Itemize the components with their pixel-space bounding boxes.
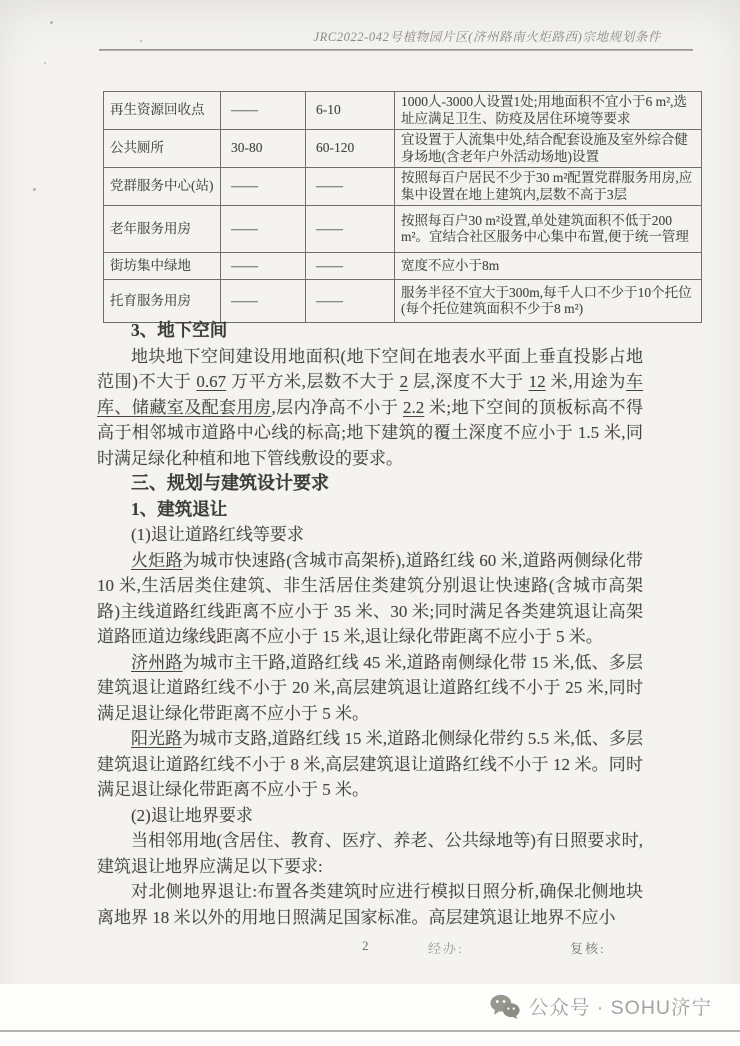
facility-requirements-table: 再生资源回收点——6-101000人-3000人设置1处;用地面积不宜小于6 m… (103, 91, 702, 323)
text-segment: 层,深度不大于 (408, 372, 529, 391)
table-row: 再生资源回收点——6-101000人-3000人设置1处;用地面积不宜小于6 m… (104, 92, 702, 130)
paragraph-adjacent-land: 当相邻用地(含居住、教育、医疗、养老、公共绿地等)有日照要求时,建筑退让地界应满… (97, 828, 643, 879)
table-cell: 60-120 (306, 130, 395, 168)
table-cell: 服务半径不宜大于300m,每千人口不少于10个托位(每个托位建筑面积不少于8 m… (395, 280, 702, 323)
subsection-heading-boundary-setback: (2)退让地界要求 (97, 803, 643, 829)
table-cell: —— (221, 168, 306, 206)
reviewer-label: 复核: (570, 938, 606, 957)
underlined-text: 火炬路 (131, 551, 183, 570)
section-heading-planning-design: 三、规划与建筑设计要求 (97, 471, 643, 497)
handler-label: 经办: (428, 938, 464, 957)
scanned-document-page: JRC2022-042号植物园片区(济州路南火炬路西)宗地规划条件 再生资源回收… (0, 0, 740, 1046)
document-header-reference: JRC2022-042号植物园片区(济州路南火炬路西)宗地规划条件 (313, 27, 661, 45)
underlined-text: 2.2 (403, 398, 424, 417)
table-cell: 1000人-3000人设置1处;用地面积不宜小于6 m²,选址应满足卫生、防疫及… (395, 92, 702, 130)
table-cell: 托育服务用房 (104, 280, 221, 323)
text-segment: 对北侧地界退让:布置各类建筑时应进行模拟日照分析,确保北侧地块离地界 18 米以… (97, 882, 643, 927)
text-segment: ,层内净高不小于 (271, 398, 403, 417)
table-cell: 宜设置于人流集中处,结合配套设施及室外综合健身场地(含老年户外活动场地)设置 (395, 130, 702, 168)
paragraph-huoju-road: 火炬路为城市快速路(含城市高架桥),道路红线 60 米,道路两侧绿化带 10 米… (97, 548, 643, 650)
paragraph-north-boundary: 对北侧地界退让:布置各类建筑时应进行模拟日照分析,确保北侧地块离地界 18 米以… (97, 879, 643, 930)
table-cell: 30-80 (221, 130, 306, 168)
bottom-rule (0, 1030, 740, 1032)
scan-speckle (33, 188, 36, 191)
table-cell: 宽度不应小于8m (395, 253, 702, 280)
wechat-icon (490, 994, 520, 1019)
underlined-text: 阳光路 (131, 729, 182, 748)
text-segment: 米,用途为 (546, 372, 626, 391)
section-heading-building-setback: 1、建筑退让 (97, 497, 643, 523)
document-body: 3、地下空间 地块地下空间建设用地面积(地下空间在地表水平面上垂直投影占地范围)… (97, 318, 643, 930)
text-segment: 万平方米,层数不大于 (226, 372, 399, 391)
underlined-text: 济州路 (131, 653, 183, 672)
section-heading-underground-space: 3、地下空间 (97, 318, 643, 344)
table-cell: 按照每百户30 m²设置,单处建筑面积不低于200 m²。宜结合社区服务中心集中… (395, 206, 702, 253)
table-row: 托育服务用房————服务半径不宜大于300m,每千人口不少于10个托位(每个托位… (104, 280, 702, 323)
underlined-text: 2 (400, 372, 409, 391)
table-row: 老年服务用房————按照每百户30 m²设置,单处建筑面积不低于200 m²。宜… (104, 206, 702, 253)
page-number: 2 (362, 938, 369, 954)
text-segment: 当相邻用地(含居住、教育、医疗、养老、公共绿地等)有日照要求时,建筑退让地界应满… (97, 831, 643, 876)
table-cell: 老年服务用房 (104, 206, 221, 253)
table-row: 公共厕所30-8060-120宜设置于人流集中处,结合配套设施及室外综合健身场地… (104, 130, 702, 168)
table-cell: 公共厕所 (104, 130, 221, 168)
table-cell: —— (221, 253, 306, 280)
underlined-text: 12 (529, 372, 546, 391)
watermark-strip: 公众号 · SOHU济宁 (0, 984, 740, 1046)
header-rule (99, 49, 693, 51)
subsection-heading-road-redline: (1)退让道路红线等要求 (97, 522, 643, 548)
paragraph-yangguang-road: 阳光路为城市支路,道路红线 15 米,道路北侧绿化带约 5.5 米,低、多层建筑… (97, 726, 643, 803)
watermark: 公众号 · SOHU济宁 (490, 992, 712, 1020)
table-cell: —— (306, 168, 395, 206)
table-cell: —— (221, 92, 306, 130)
table-row: 党群服务中心(站)————按照每百户居民不少于30 m²配置党群服务用房,应集中… (104, 168, 702, 206)
paragraph-underground-space: 地块地下空间建设用地面积(地下空间在地表水平面上垂直投影占地范围)不大于 0.6… (97, 344, 643, 472)
table-cell: —— (221, 280, 306, 323)
watermark-label: 公众号 · SOHU济宁 (529, 992, 712, 1020)
scan-speckle (50, 21, 53, 24)
table-cell: 党群服务中心(站) (104, 168, 221, 206)
table-cell: 再生资源回收点 (104, 92, 221, 130)
page-footer: 2 经办: 复核: (0, 938, 740, 960)
scan-speckle (44, 62, 46, 64)
table-cell: —— (306, 206, 395, 253)
table-cell: —— (221, 206, 306, 253)
table-cell: 街坊集中绿地 (104, 253, 221, 280)
facility-table-body: 再生资源回收点——6-101000人-3000人设置1处;用地面积不宜小于6 m… (104, 92, 702, 323)
table-cell: —— (306, 253, 395, 280)
table-row: 街坊集中绿地————宽度不应小于8m (104, 253, 702, 280)
underlined-text: 0.67 (196, 372, 226, 391)
scan-speckle (140, 40, 142, 42)
table-cell: —— (306, 280, 395, 323)
table-cell: 按照每百户居民不少于30 m²配置党群服务用房,应集中设置在地上建筑内,层数不高… (395, 168, 702, 206)
paragraph-jizhou-road: 济州路为城市主干路,道路红线 45 米,道路南侧绿化带 15 米,低、多层建筑退… (97, 650, 643, 727)
table-cell: 6-10 (306, 92, 395, 130)
